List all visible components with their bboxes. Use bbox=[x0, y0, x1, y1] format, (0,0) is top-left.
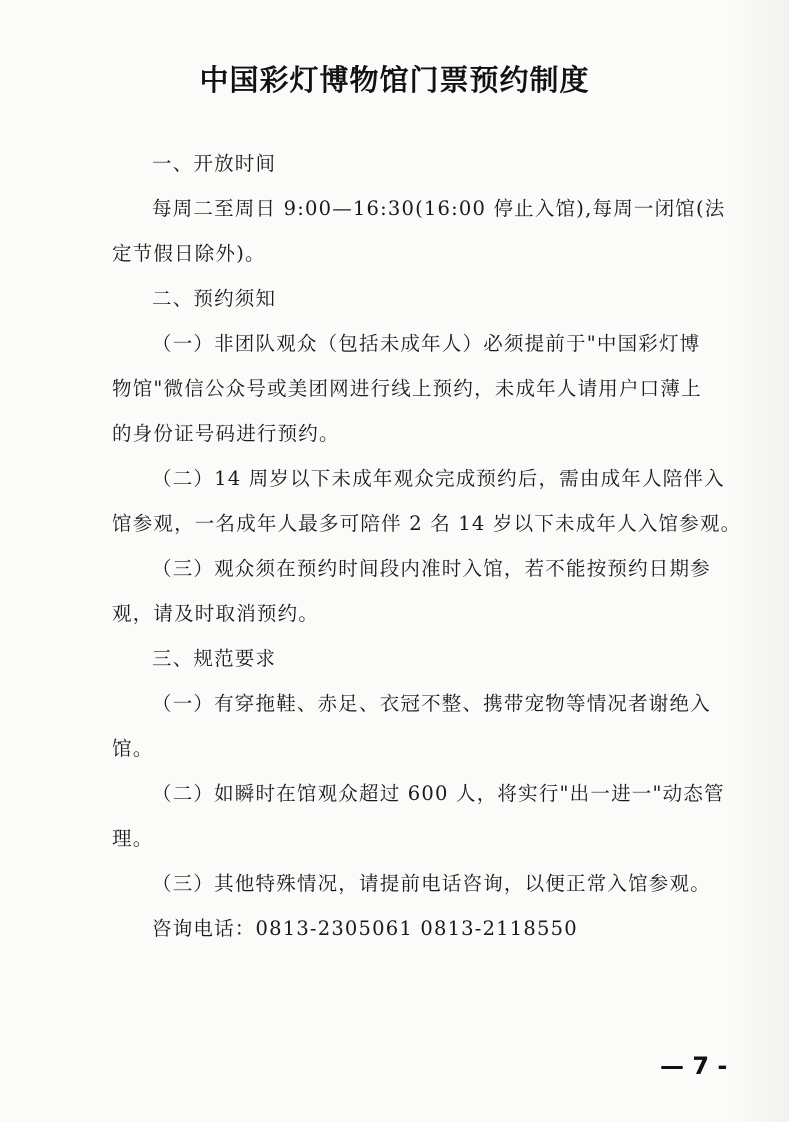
text-line: （二）如瞬时在馆观众超过 600 人，将实行"出一进一"动态管 bbox=[152, 778, 725, 806]
text-line: （一）有穿拖鞋、赤足、衣冠不整、携带宠物等情况者谢绝入 bbox=[152, 688, 711, 716]
text-line: 咨询电话：0813-2305061 0813-2118550 bbox=[152, 913, 578, 941]
text-line: 馆参观，一名成年人最多可陪伴 2 名 14 岁以下未成年人入馆参观。 bbox=[112, 508, 741, 536]
text-line: 理。 bbox=[112, 823, 153, 851]
document-page: 中国彩灯博物馆门票预约制度 一、开放时间每周二至周日 9:00—16:30(16… bbox=[0, 0, 789, 1122]
text-line: （三）观众须在预约时间段内准时入馆，若不能按预约日期参 bbox=[152, 553, 711, 581]
text-line: 物馆"微信公众号或美团网进行线上预约，未成年人请用户口薄上 bbox=[112, 373, 702, 401]
text-line: 一、开放时间 bbox=[152, 148, 276, 176]
text-line: （二）14 周岁以下未成年观众完成预约后，需由成年人陪伴入 bbox=[152, 463, 725, 491]
text-line: （三）其他特殊情况，请提前电话咨询，以便正常入馆参观。 bbox=[152, 868, 711, 896]
text-line: （一）非团队观众（包括未成年人）必须提前于"中国彩灯博 bbox=[152, 328, 700, 356]
text-line: 三、规范要求 bbox=[152, 643, 276, 671]
text-line: 的身份证号码进行预约。 bbox=[112, 418, 340, 446]
scan-edge-shadow bbox=[727, 0, 789, 1122]
text-line: 观，请及时取消预约。 bbox=[112, 598, 319, 626]
text-line: 定节假日除外)。 bbox=[112, 238, 266, 266]
page-number: — 7 - bbox=[660, 1052, 727, 1080]
document-title: 中国彩灯博物馆门票预约制度 bbox=[0, 58, 789, 99]
text-line: 二、预约须知 bbox=[152, 283, 276, 311]
text-line: 每周二至周日 9:00—16:30(16:00 停止入馆),每周一闭馆(法 bbox=[152, 193, 726, 221]
text-line: 馆。 bbox=[112, 733, 153, 761]
